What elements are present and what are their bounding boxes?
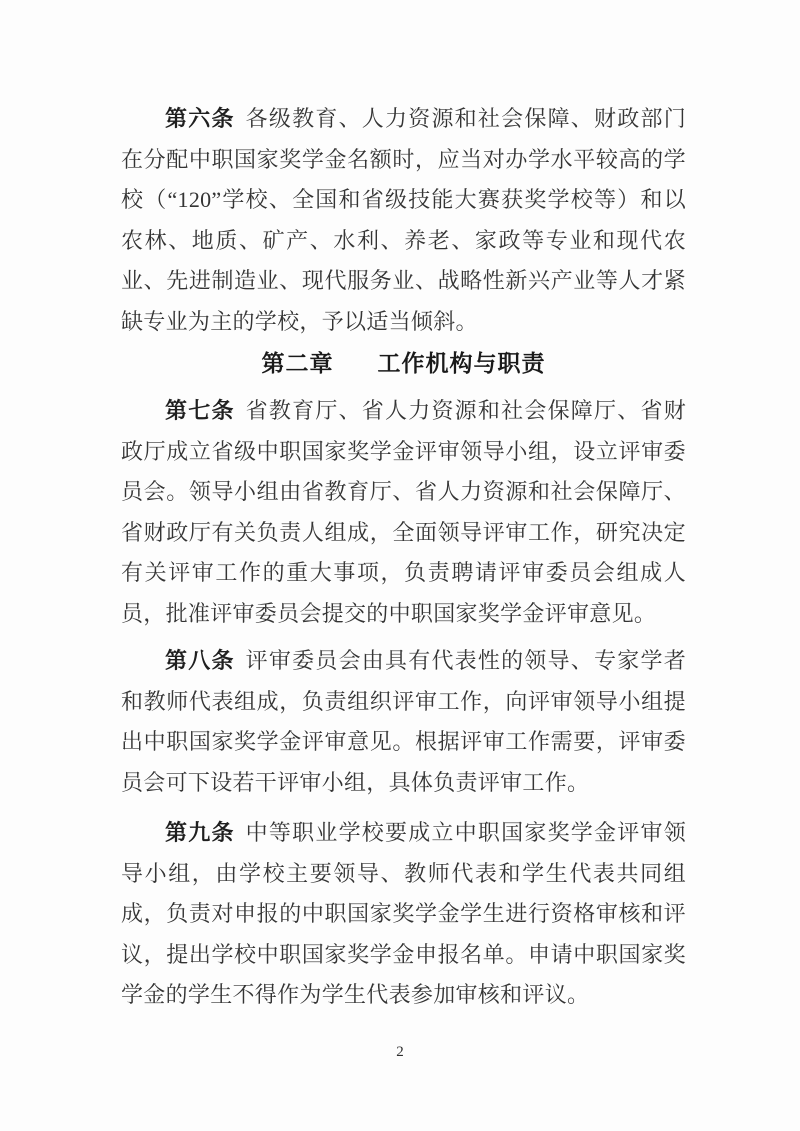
article-8-paragraph: 第八条评审委员会由具有代表性的领导、专家学者和教师代表组成，负责组织评审工作，向… <box>121 641 686 803</box>
article-6-label: 第六条 <box>165 106 235 131</box>
article-6-text: 各级教育、人力资源和社会保障、财政部门在分配中职国家奖学金名额时，应当对办学水平… <box>121 106 686 334</box>
chapter-number: 第二章 <box>262 350 334 376</box>
article-9-label: 第九条 <box>165 820 235 845</box>
document-content: 第六条各级教育、人力资源和社会保障、财政部门在分配中职国家奖学金名额时，应当对办… <box>121 0 686 1016</box>
article-6-paragraph: 第六条各级教育、人力资源和社会保障、财政部门在分配中职国家奖学金名额时，应当对办… <box>121 99 686 342</box>
chapter-2-heading: 第二章工作机构与职责 <box>121 348 686 378</box>
article-7-label: 第七条 <box>165 398 235 423</box>
chapter-title: 工作机构与职责 <box>378 350 546 376</box>
article-8-label: 第八条 <box>165 648 235 673</box>
article-7-text: 省教育厅、省人力资源和社会保障厅、省财政厅成立省级中职国家奖学金评审领导小组，设… <box>121 398 686 626</box>
document-page: 第六条各级教育、人力资源和社会保障、财政部门在分配中职国家奖学金名额时，应当对办… <box>0 0 800 1131</box>
article-9-paragraph: 第九条中等职业学校要成立中职国家奖学金评审领导小组，由学校主要领导、教师代表和学… <box>121 813 686 1016</box>
page-number: 2 <box>0 1042 800 1062</box>
article-9-text: 中等职业学校要成立中职国家奖学金评审领导小组，由学校主要领导、教师代表和学生代表… <box>121 820 686 1007</box>
article-7-paragraph: 第七条省教育厅、省人力资源和社会保障厅、省财政厅成立省级中职国家奖学金评审领导小… <box>121 391 686 634</box>
